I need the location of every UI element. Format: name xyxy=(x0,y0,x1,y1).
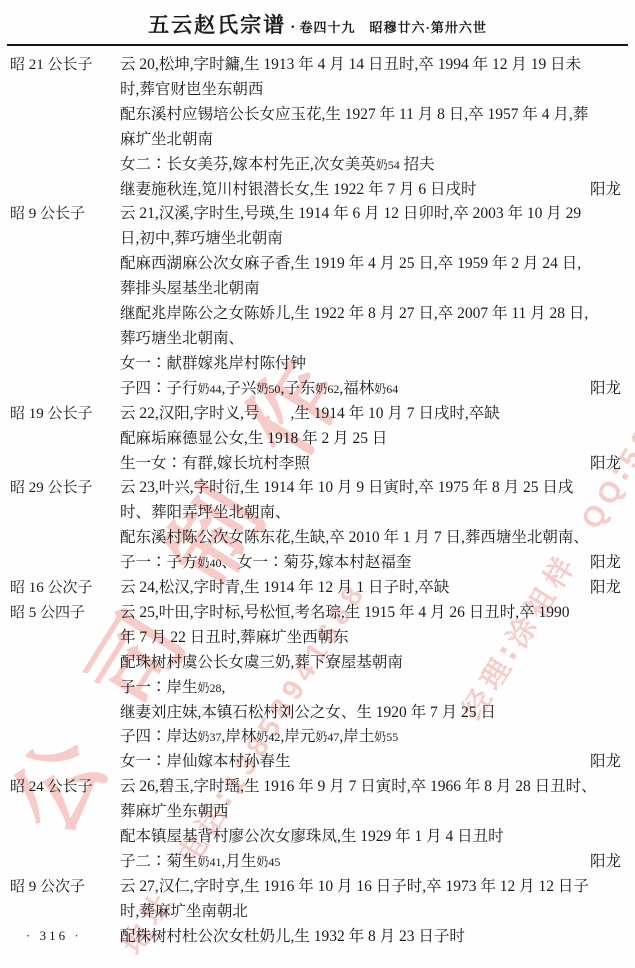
genealogy-entry: 昭 9 公长子云 21,汉溪,字时生,号瑛,生 1914 年 6 月 12 日卯… xyxy=(0,202,635,401)
entry-line: 年 7 月 22 日丑时,葬麻圹坐西朝东 xyxy=(120,626,621,651)
entry-line: 云 25,叶田,字时标,号松恒,考名琮,生 1915 年 4 月 26 日丑时,… xyxy=(120,601,621,626)
generation-label: 昭 21 公长子 xyxy=(0,53,120,202)
generation-label: 昭 5 公四子 xyxy=(0,601,120,775)
entry-text: 年 7 月 22 日丑时,葬麻圹坐西朝东 xyxy=(120,626,349,651)
genealogy-entry: 昭 21 公长子云 20,松坤,字时鏞,生 1913 年 4 月 14 日丑时,… xyxy=(0,53,635,202)
entry-text: 继配兆岸陈公之女陈娇儿,生 1922 年 8 月 27 日,卒 2007 年 1… xyxy=(120,302,588,327)
generation-label: 昭 9 公长子 xyxy=(0,202,120,401)
entry-line: 女一∶岸仙嫁本村孙春生阳龙 xyxy=(120,750,621,775)
yanglong-marker: 阳龙 xyxy=(590,750,621,775)
header-divider xyxy=(7,44,628,46)
generation-label: 昭 16 公次子 xyxy=(0,576,120,601)
entry-text: 云 23,叶兴,字时衍,生 1914 年 10 月 9 日寅时,卒 1975 年… xyxy=(120,476,573,501)
entry-text: 配麻西湖麻公次女麻子香,生 1919 年 4 月 25 日,卒 1959 年 2… xyxy=(120,252,581,277)
entry-line: 子四∶子行奶44,子兴奶50,子东奶62,福林奶64阳龙 xyxy=(120,377,621,402)
entry-line: 配珠树村虞公长女虞三奶,葬下寮屋基朝南 xyxy=(120,651,621,676)
entry-line: 继配兆岸陈公之女陈娇儿,生 1922 年 8 月 27 日,卒 2007 年 1… xyxy=(120,302,621,327)
entry-text: 云 22,汉阳,字时义,号 ,生 1914 年 10 月 7 日戌时,卒缺 xyxy=(120,402,500,427)
yanglong-marker: 阳龙 xyxy=(590,452,621,477)
entry-text: 女一∶献群嫁兆岸村陈付钟 xyxy=(120,352,306,377)
entry-line: 时、葬阳弄坪坐北朝南、 xyxy=(120,501,621,526)
genealogy-entry: 昭 24 公长子云 26,碧玉,字时瑶,生 1916 年 9 月 7 日寅时,卒… xyxy=(0,775,635,875)
yanglong-marker: 阳龙 xyxy=(590,850,621,875)
entry-line: 葬麻圹坐东朝西 xyxy=(120,800,621,825)
entry-text: 继妻施秋连,笕川村银潜长女,生 1922 年 7 月 6 日戌时 xyxy=(120,178,477,203)
entry-line: 配东溪村应锡培公长女应玉花,生 1927 年 11 月 8 日,卒 1957 年… xyxy=(120,103,621,128)
entry-line: 葬排头屋基坐北朝南 xyxy=(120,277,621,302)
generation-label: 昭 19 公长子 xyxy=(0,402,120,477)
entry-line: 时,葬官财岜坐东朝西 xyxy=(120,78,621,103)
entry-text: 云 21,汉溪,字时生,号瑛,生 1914 年 6 月 12 日卯时,卒 200… xyxy=(120,202,581,227)
entry-text: 子一∶子方奶40、女一∶菊芬,嫁本村赵福奎 xyxy=(120,551,411,576)
entry-line: 云 24,松汉,字时青,生 1914 年 12 月 1 日子时,卒缺阳龙 xyxy=(120,576,621,601)
entry-line: 云 20,松坤,字时鏞,生 1913 年 4 月 14 日丑时,卒 1994 年… xyxy=(120,53,621,78)
entry-text: 葬巧塘坐北朝南、 xyxy=(120,327,244,352)
entry-text: 女一∶岸仙嫁本村孙春生 xyxy=(120,750,291,775)
genealogy-entry: 昭 9 公次子云 27,汉仁,字时亨,生 1916 年 10 月 16 日子时,… xyxy=(0,875,635,950)
entry-text: 时,葬麻圹坐南朝北 xyxy=(120,900,248,925)
entry-text: 麻圹坐北朝南 xyxy=(120,128,213,153)
entry-text: 子四∶子行奶44,子兴奶50,子东奶62,福林奶64 xyxy=(120,377,398,402)
yanglong-marker: 阳龙 xyxy=(590,551,621,576)
entries: 昭 21 公长子云 20,松坤,字时鏞,生 1913 年 4 月 14 日丑时,… xyxy=(0,53,635,950)
entry-line: 配东溪村陈公次女陈东花,生缺,卒 2010 年 1 月 7 日,葬西塘坐北朝南、 xyxy=(120,526,621,551)
entry-line: 配麻垢麻德显公女,生 1918 年 2 月 25 日 xyxy=(120,427,621,452)
generation-label: 昭 29 公长子 xyxy=(0,476,120,576)
entry-text: 配东溪村应锡培公长女应玉花,生 1927 年 11 月 8 日,卒 1957 年… xyxy=(120,103,588,128)
entry-text: 日,初中,葬巧塘坐北朝南 xyxy=(120,227,283,252)
entry-line: 子四∶岸达奶37,岸林奶42,岸元奶47,岸土奶55 xyxy=(120,725,621,750)
yanglong-marker: 阳龙 xyxy=(590,178,621,203)
entry-text: 子四∶岸达奶37,岸林奶42,岸元奶47,岸土奶55 xyxy=(120,725,398,750)
genealogy-page: 公司制作经理∶涂祖样 QQ∶535947599地址 电话∶13858941688… xyxy=(0,0,635,968)
yanglong-marker: 阳龙 xyxy=(590,576,621,601)
genealogy-entry: 昭 19 公长子云 22,汉阳,字时义,号 ,生 1914 年 10 月 7 日… xyxy=(0,402,635,477)
entry-text: 葬排头屋基坐北朝南 xyxy=(120,277,260,302)
entry-line: 云 21,汉溪,字时生,号瑛,生 1914 年 6 月 12 日卯时,卒 200… xyxy=(120,202,621,227)
entry-line: 云 26,碧玉,字时瑶,生 1916 年 9 月 7 日寅时,卒 1966 年 … xyxy=(120,775,621,800)
entry-text: 配本镇屋基背村廖公次女廖珠凤,生 1929 年 1 月 4 日丑时 xyxy=(120,825,504,850)
entry-text: 女二∶长女美芬,嫁本村先正,次女美英奶54 招夫 xyxy=(120,153,435,178)
entry-line: 继妻刘庄妹,本镇石松村刘公之女、生 1920 年 7 月 25 日 xyxy=(120,701,621,726)
entry-line: 女二∶长女美芬,嫁本村先正,次女美英奶54 招夫 xyxy=(120,153,621,178)
entry-text: 云 26,碧玉,字时瑶,生 1916 年 9 月 7 日寅时,卒 1966 年 … xyxy=(120,775,597,800)
yanglong-marker: 阳龙 xyxy=(590,377,621,402)
entry-text: 配株树村杜公次女杜奶儿,生 1932 年 8 月 23 日子时 xyxy=(120,925,465,950)
entry-text: 云 27,汉仁,字时亨,生 1916 年 10 月 16 日子时,卒 1973 … xyxy=(120,875,589,900)
entry-line: 继妻施秋连,笕川村银潜长女,生 1922 年 7 月 6 日戌时阳龙 xyxy=(120,178,621,203)
entry-line: 日,初中,葬巧塘坐北朝南 xyxy=(120,227,621,252)
entry-line: 女一∶献群嫁兆岸村陈付钟 xyxy=(120,352,621,377)
page-number: · 316 · xyxy=(26,928,82,944)
entry-line: 时,葬麻圹坐南朝北 xyxy=(120,900,621,925)
entry-text: 云 24,松汉,字时青,生 1914 年 12 月 1 日子时,卒缺 xyxy=(120,576,449,601)
entry-line: 云 23,叶兴,字时衍,生 1914 年 10 月 9 日寅时,卒 1975 年… xyxy=(120,476,621,501)
entry-line: 生一女∶有群,嫁长坑村李照阳龙 xyxy=(120,452,621,477)
entry-line: 配本镇屋基背村廖公次女廖珠凤,生 1929 年 1 月 4 日丑时 xyxy=(120,825,621,850)
entry-text: 时,葬官财岜坐东朝西 xyxy=(120,78,263,103)
entry-text: 子二∶菊生奶41,月生奶45 xyxy=(120,850,280,875)
entry-text: 时、葬阳弄坪坐北朝南、 xyxy=(120,501,291,526)
entry-line: 葬巧塘坐北朝南、 xyxy=(120,327,621,352)
entry-text: 葬麻圹坐东朝西 xyxy=(120,800,229,825)
entry-text: 配珠树村虞公长女虞三奶,葬下寮屋基朝南 xyxy=(120,651,403,676)
page-header: 五云赵氏宗谱·卷四十九 昭穆廿六·第卅六世 xyxy=(0,9,635,39)
entry-line: 子二∶菊生奶41,月生奶45阳龙 xyxy=(120,850,621,875)
genealogy-entry: 昭 29 公长子云 23,叶兴,字时衍,生 1914 年 10 月 9 日寅时,… xyxy=(0,476,635,576)
entry-line: 云 22,汉阳,字时义,号 ,生 1914 年 10 月 7 日戌时,卒缺 xyxy=(120,402,621,427)
entry-text: 配麻垢麻德显公女,生 1918 年 2 月 25 日 xyxy=(120,427,387,452)
entry-text: 生一女∶有群,嫁长坑村李照 xyxy=(120,452,310,477)
book-title: 五云赵氏宗谱 xyxy=(148,13,286,37)
entry-text: 云 20,松坤,字时鏞,生 1913 年 4 月 14 日丑时,卒 1994 年… xyxy=(120,53,581,78)
genealogy-entry: 昭 16 公次子云 24,松汉,字时青,生 1914 年 12 月 1 日子时,… xyxy=(0,576,635,601)
entry-text: 子一∶岸生奶28, xyxy=(120,676,225,701)
genealogy-entry: 昭 5 公四子云 25,叶田,字时标,号松恒,考名琮,生 1915 年 4 月 … xyxy=(0,601,635,775)
entry-line: 云 27,汉仁,字时亨,生 1916 年 10 月 16 日子时,卒 1973 … xyxy=(120,875,621,900)
entry-line: 子一∶子方奶40、女一∶菊芬,嫁本村赵福奎阳龙 xyxy=(120,551,621,576)
entry-line: 子一∶岸生奶28, xyxy=(120,676,621,701)
entry-line: 配株树村杜公次女杜奶儿,生 1932 年 8 月 23 日子时 xyxy=(120,925,621,950)
entry-text: 云 25,叶田,字时标,号松恒,考名琮,生 1915 年 4 月 26 日丑时,… xyxy=(120,601,570,626)
volume-subtitle: 卷四十九 昭穆廿六·第卅六世 xyxy=(300,20,487,35)
entry-text: 配东溪村陈公次女陈东花,生缺,卒 2010 年 1 月 7 日,葬西塘坐北朝南、 xyxy=(120,526,589,551)
title-separator: · xyxy=(286,19,299,36)
entry-text: 继妻刘庄妹,本镇石松村刘公之女、生 1920 年 7 月 25 日 xyxy=(120,701,496,726)
entry-line: 麻圹坐北朝南 xyxy=(120,128,621,153)
generation-label: 昭 24 公长子 xyxy=(0,775,120,875)
entry-line: 配麻西湖麻公次女麻子香,生 1919 年 4 月 25 日,卒 1959 年 2… xyxy=(120,252,621,277)
